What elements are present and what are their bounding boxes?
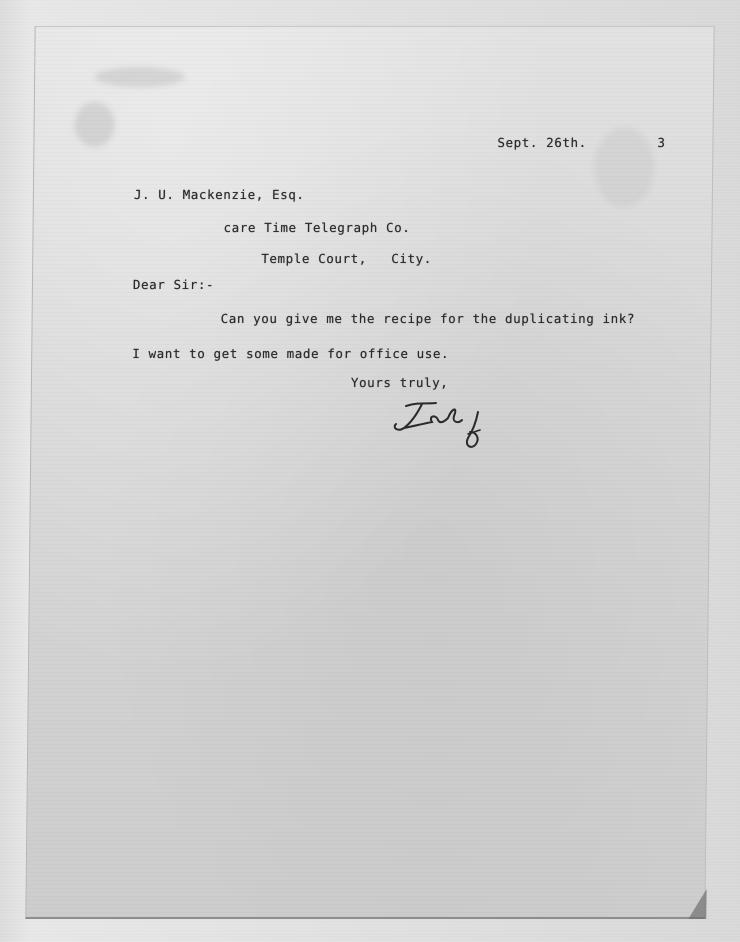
signature-handwritten: T.A.E. [388,398,498,458]
smudge [95,67,185,87]
body-line-2: I want to get some made for office use. [132,346,449,361]
body-line-1: Can you give me the recipe for the dupli… [221,311,636,326]
recipient-care-of: care Time Telegraph Co. [223,220,410,235]
salutation: Dear Sir:- [133,277,214,292]
letter-page: Sept. 26th. 3 J. U. Mackenzie, Esq. care… [25,26,714,919]
recipient-address: Temple Court, City. [261,251,432,266]
date-line: Sept. 26th. [497,135,587,150]
folded-corner [688,889,706,919]
recipient-name: J. U. Mackenzie, Esq. [134,187,305,202]
page-number: 3 [657,135,665,150]
closing: Yours truly, [351,375,449,390]
